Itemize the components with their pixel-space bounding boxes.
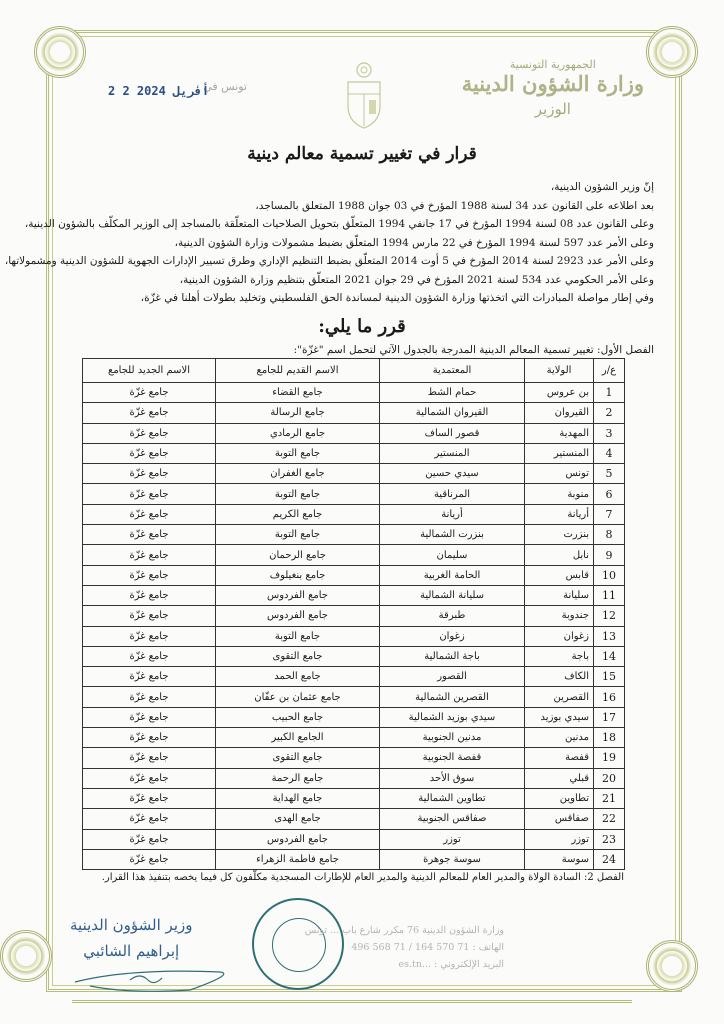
old-mosque-name: جامع التقوى [216,646,380,666]
old-mosque-name: جامع التوبة [216,525,380,545]
old-mosque-name: جامع الحمد [216,667,380,687]
handwritten-signature-icon [70,964,240,994]
row-number: 22 [594,809,625,829]
delegation: أريانة [380,504,525,524]
row-number: 2 [594,403,625,423]
old-mosque-name: جامع عثمان بن عفّان [216,687,380,707]
table-row: 10قابسالحامة الغربيةجامع بنغيلوفجامع غزّ… [83,565,625,585]
row-number: 14 [594,646,625,666]
old-mosque-name: جامع الفردوس [216,585,380,605]
table-row: 23توزرتوزرجامع الفردوسجامع غزّة [83,829,625,849]
preamble-line: وعلى الأمر عدد 597 لسنة 1994 المؤرخ في 2… [54,234,654,253]
governorate: أريانة [525,504,594,524]
old-mosque-name: جامع الغفران [216,464,380,484]
old-mosque-name: جامع الفردوس [216,606,380,626]
governorate: المهدية [525,423,594,443]
table-row: 9نابلسليمانجامع الرحمانجامع غزّة [83,545,625,565]
delegation: المرناقية [380,484,525,504]
preamble-line: وفي إطار مواصلة المبادرات التي اتخذتها و… [54,289,654,308]
delegation: سيدي حسين [380,464,525,484]
new-mosque-name: جامع غزّة [83,748,216,768]
delegation: توزر [380,829,525,849]
delegation: باجة الشمالية [380,646,525,666]
delegation: القصرين الشمالية [380,687,525,707]
corner-ornament-icon [646,940,698,992]
new-mosque-name: جامع غزّة [83,443,216,463]
old-mosque-name: جامع الرسالة [216,403,380,423]
table-row: 2القيروانالقيروان الشماليةجامع الرسالةجا… [83,403,625,423]
governorate: مدنين [525,728,594,748]
governorate: القيروان [525,403,594,423]
new-mosque-name: جامع غزّة [83,484,216,504]
decision-heading: قرر ما يلي: [0,316,724,337]
old-mosque-name: جامع الرمادي [216,423,380,443]
new-mosque-name: جامع غزّة [83,707,216,727]
delegation: حمام الشط [380,383,525,403]
signature-block: وزير الشؤون الدينية إبراهيم الشائبي [70,912,192,964]
governorate: تونس [525,464,594,484]
row-number: 21 [594,788,625,808]
old-mosque-name: جامع الكريم [216,504,380,524]
preamble-line: وعلى الأمر الحكومي عدد 534 لسنة 2021 الم… [54,271,654,290]
new-mosque-name: جامع غزّة [83,626,216,646]
old-mosque-name: جامع التوبة [216,626,380,646]
table-row: 1بن عروسحمام الشطجامع القضاءجامع غزّة [83,383,625,403]
new-mosque-name: جامع غزّة [83,687,216,707]
republic-label: الجمهورية التونسية [462,58,644,71]
contact-footer: وزارة الشؤون الدينية 76 مكرر شارع باب ..… [305,922,504,973]
new-mosque-name: جامع غزّة [83,383,216,403]
delegation: قفصة الجنوبية [380,748,525,768]
delegation: القصور [380,667,525,687]
new-mosque-name: جامع غزّة [83,788,216,808]
row-number: 15 [594,667,625,687]
table-row: 17سيدي بوزيدسيدي بوزيد الشماليةجامع الحب… [83,707,625,727]
old-mosque-name: جامع فاطمة الزهراء [216,849,380,869]
preamble-line: إنّ وزير الشؤون الدينية، [54,178,654,197]
new-mosque-name: جامع غزّة [83,667,216,687]
new-mosque-name: جامع غزّة [83,545,216,565]
decorative-border-bottom [72,1000,632,1003]
date-stamp: 2 2 أفريل 2024 [108,84,209,98]
coat-of-arms-icon [342,60,386,130]
governorate: منوبة [525,484,594,504]
delegation: سليمان [380,545,525,565]
row-number: 18 [594,728,625,748]
table-row: 18مدنينمدنين الجنوبيةالجامع الكبيرجامع غ… [83,728,625,748]
footer-email: البريد الإلكتروني : ...es.tn [305,956,504,973]
col-new-name: الاسم الجديد للجامع [83,359,216,383]
old-mosque-name: جامع التقوى [216,748,380,768]
table-row: 7أريانةأريانةجامع الكريمجامع غزّة [83,504,625,524]
table-row: 22صفاقسصفاقس الجنوبيةجامع الهدىجامع غزّة [83,809,625,829]
delegation: القيروان الشمالية [380,403,525,423]
row-number: 6 [594,484,625,504]
new-mosque-name: جامع غزّة [83,585,216,605]
governorate: الكاف [525,667,594,687]
row-number: 23 [594,829,625,849]
table-row: 19قفصةقفصة الجنوبيةجامع التقوىجامع غزّة [83,748,625,768]
new-mosque-name: جامع غزّة [83,646,216,666]
row-number: 1 [594,383,625,403]
table-row: 8بنزرتبنزرت الشماليةجامع التوبةجامع غزّة [83,525,625,545]
governorate: سيدي بوزيد [525,707,594,727]
article-1: الفصل الأول: تغيير تسمية المعالم الدينية… [294,344,654,356]
old-mosque-name: جامع بنغيلوف [216,565,380,585]
old-mosque-name: جامع الرحمان [216,545,380,565]
delegation: بنزرت الشمالية [380,525,525,545]
governorate: جندوبة [525,606,594,626]
footer-address: وزارة الشؤون الدينية 76 مكرر شارع باب ..… [305,922,504,939]
governorate: بن عروس [525,383,594,403]
old-mosque-name: جامع التوبة [216,443,380,463]
delegation: زغوان [380,626,525,646]
corner-ornament-icon [34,26,86,78]
new-mosque-name: جامع غزّة [83,423,216,443]
col-delegation: المعتمدية [380,359,525,383]
corner-ornament-icon [0,930,52,982]
row-number: 17 [594,707,625,727]
preamble-line: بعد اطلاعه على القانون عدد 34 لسنة 1988 … [54,197,654,216]
col-number: ع/ر [594,359,625,383]
old-mosque-name: جامع التوبة [216,484,380,504]
col-old-name: الاسم القديم للجامع [216,359,380,383]
new-mosque-name: جامع غزّة [83,504,216,524]
old-mosque-name: جامع القضاء [216,383,380,403]
row-number: 20 [594,768,625,788]
row-number: 10 [594,565,625,585]
new-mosque-name: جامع غزّة [83,464,216,484]
col-governorate: الولاية [525,359,594,383]
mosques-table: ع/ر الولاية المعتمدية الاسم القديم للجام… [82,358,625,870]
delegation: سوق الأحد [380,768,525,788]
governorate: توزر [525,829,594,849]
new-mosque-name: جامع غزّة [83,565,216,585]
preamble-line: وعلى القانون عدد 08 لسنة 1994 المؤرخ في … [54,215,654,234]
old-mosque-name: الجامع الكبير [216,728,380,748]
row-number: 3 [594,423,625,443]
article-2: الفصل 2: السادة الولاة والمدير العام للم… [102,872,624,883]
governorate: زغوان [525,626,594,646]
new-mosque-name: جامع غزّة [83,768,216,788]
table-row: 21تطاوينتطاوين الشماليةجامع الهدايةجامع … [83,788,625,808]
governorate: قابس [525,565,594,585]
signatory-title: وزير الشؤون الدينية [70,912,192,938]
new-mosque-name: جامع غزّة [83,403,216,423]
office-label: الوزير [462,100,644,118]
old-mosque-name: جامع الرحمة [216,768,380,788]
governorate: نابل [525,545,594,565]
preamble-line: وعلى الأمر عدد 2923 لسنة 2014 المؤرخ في … [54,252,654,271]
table-row: 6منوبةالمرناقيةجامع التوبةجامع غزّة [83,484,625,504]
table-row: 3المهديةقصور السافجامع الرماديجامع غزّة [83,423,625,443]
row-number: 24 [594,849,625,869]
row-number: 11 [594,585,625,605]
new-mosque-name: جامع غزّة [83,525,216,545]
document-title: قرار في تغيير تسمية معالم دينية [0,144,724,164]
table-row: 11سليانةسليانة الشماليةجامع الفردوسجامع … [83,585,625,605]
governorate: صفاقس [525,809,594,829]
governorate: سليانة [525,585,594,605]
row-number: 4 [594,443,625,463]
table-row: 13زغوانزغوانجامع التوبةجامع غزّة [83,626,625,646]
governorate: المنستير [525,443,594,463]
ministry-name: وزارة الشؤون الدينية [462,71,644,96]
delegation: صفاقس الجنوبية [380,809,525,829]
governorate: باجة [525,646,594,666]
row-number: 13 [594,626,625,646]
governorate: بنزرت [525,525,594,545]
new-mosque-name: جامع غزّة [83,606,216,626]
new-mosque-name: جامع غزّة [83,829,216,849]
footer-phone: الهاتف : 71 570 164 / 71 568 496 [305,939,504,956]
governorate: قفصة [525,748,594,768]
table-row: 20قبليسوق الأحدجامع الرحمةجامع غزّة [83,768,625,788]
delegation: المنستير [380,443,525,463]
preamble: إنّ وزير الشؤون الدينية، بعد اطلاعه على … [54,178,654,308]
delegation: الحامة الغربية [380,565,525,585]
delegation: تطاوين الشمالية [380,788,525,808]
table-row: 4المنستيرالمنستيرجامع التوبةجامع غزّة [83,443,625,463]
delegation: مدنين الجنوبية [380,728,525,748]
old-mosque-name: جامع الهدى [216,809,380,829]
table-row: 24سوسةسوسة جوهرةجامع فاطمة الزهراءجامع غ… [83,849,625,869]
new-mosque-name: جامع غزّة [83,809,216,829]
delegation: قصور الساف [380,423,525,443]
row-number: 19 [594,748,625,768]
letterhead: الجمهورية التونسية وزارة الشؤون الدينية … [462,58,644,118]
row-number: 12 [594,606,625,626]
delegation: سيدي بوزيد الشمالية [380,707,525,727]
table-row: 12جندوبةطبرقةجامع الفردوسجامع غزّة [83,606,625,626]
table-row: 15الكافالقصورجامع الحمدجامع غزّة [83,667,625,687]
governorate: القصرين [525,687,594,707]
row-number: 16 [594,687,625,707]
delegation: سوسة جوهرة [380,849,525,869]
governorate: سوسة [525,849,594,869]
table-body: 1بن عروسحمام الشطجامع القضاءجامع غزّة2ال… [83,383,625,870]
row-number: 8 [594,525,625,545]
table-row: 14باجةباجة الشماليةجامع التقوىجامع غزّة [83,646,625,666]
signatory-name: إبراهيم الشائبي [70,938,192,964]
table-row: 16القصرينالقصرين الشماليةجامع عثمان بن ع… [83,687,625,707]
old-mosque-name: جامع الحبيب [216,707,380,727]
row-number: 9 [594,545,625,565]
row-number: 5 [594,464,625,484]
delegation: سليانة الشمالية [380,585,525,605]
new-mosque-name: جامع غزّة [83,728,216,748]
corner-ornament-icon [646,26,698,78]
delegation: طبرقة [380,606,525,626]
table-row: 5تونسسيدي حسينجامع الغفرانجامع غزّة [83,464,625,484]
governorate: تطاوين [525,788,594,808]
old-mosque-name: جامع الفردوس [216,829,380,849]
old-mosque-name: جامع الهداية [216,788,380,808]
governorate: قبلي [525,768,594,788]
row-number: 7 [594,504,625,524]
new-mosque-name: جامع غزّة [83,849,216,869]
table-header-row: ع/ر الولاية المعتمدية الاسم القديم للجام… [83,359,625,383]
